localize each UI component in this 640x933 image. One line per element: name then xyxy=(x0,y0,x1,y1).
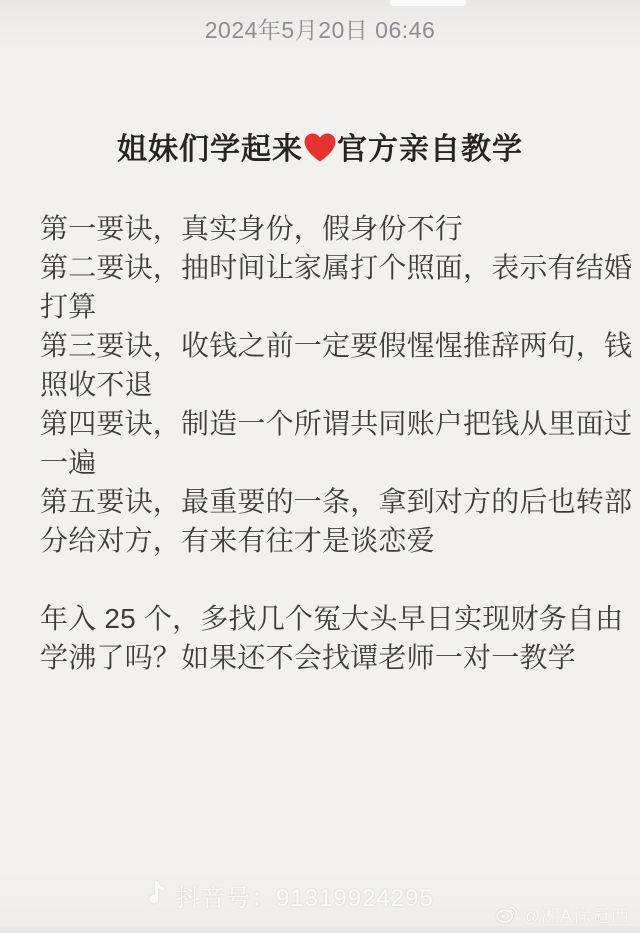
body-line: 分给对方，有来有往才是谈恋爱 xyxy=(40,521,610,560)
douyin-watermark: 抖音号：91319924295 xyxy=(148,878,434,913)
douyin-id-text: 抖音号：91319924295 xyxy=(176,878,434,913)
red-heart-icon xyxy=(304,133,336,162)
post-title: 姐妹们学起来官方亲自教学 xyxy=(0,124,640,168)
date-timestamp: 2024年5月20日 06:46 xyxy=(0,12,640,45)
paragraph-spacer xyxy=(40,560,610,599)
title-text-left: 姐妹们学起来 xyxy=(117,133,303,166)
body-line: 第一要诀，真实身份，假身份不行 xyxy=(40,209,610,248)
body-line: 学沸了吗？如果还不会找谭老师一对一教学 xyxy=(40,638,610,677)
body-line: 第三要诀，收钱之前一定要假惺惺推辞两句，钱 xyxy=(40,326,610,365)
title-text-right: 官方亲自教学 xyxy=(337,133,523,166)
douyin-music-note-icon xyxy=(148,879,170,912)
top-handle-bar xyxy=(390,0,466,6)
body-line: 第二要诀，抽时间让家属打个照面，表示有结婚 xyxy=(40,248,610,287)
bottom-edge-strip xyxy=(0,926,640,933)
body-line: 照收不退 xyxy=(40,365,610,404)
weibo-watermark: @湘A徐冠西 xyxy=(496,902,630,928)
post-image: 2024年5月20日 06:46 姐妹们学起来官方亲自教学 第一要诀，真实身份，… xyxy=(0,0,640,933)
weibo-username: @湘A徐冠西 xyxy=(522,902,630,928)
body-line: 第四要诀，制造一个所谓共同账户把钱从里面过 xyxy=(40,404,610,443)
body-line: 打算 xyxy=(40,287,610,326)
body-line: 一遍 xyxy=(40,443,610,482)
post-body: 第一要诀，真实身份，假身份不行 第二要诀，抽时间让家属打个照面，表示有结婚 打算… xyxy=(40,209,610,677)
body-line: 年入 25 个，多找几个冤大头早日实现财务自由 xyxy=(40,599,610,638)
body-line: 第五要诀，最重要的一条，拿到对方的后也转部 xyxy=(40,482,610,521)
weibo-logo-icon xyxy=(496,903,518,928)
